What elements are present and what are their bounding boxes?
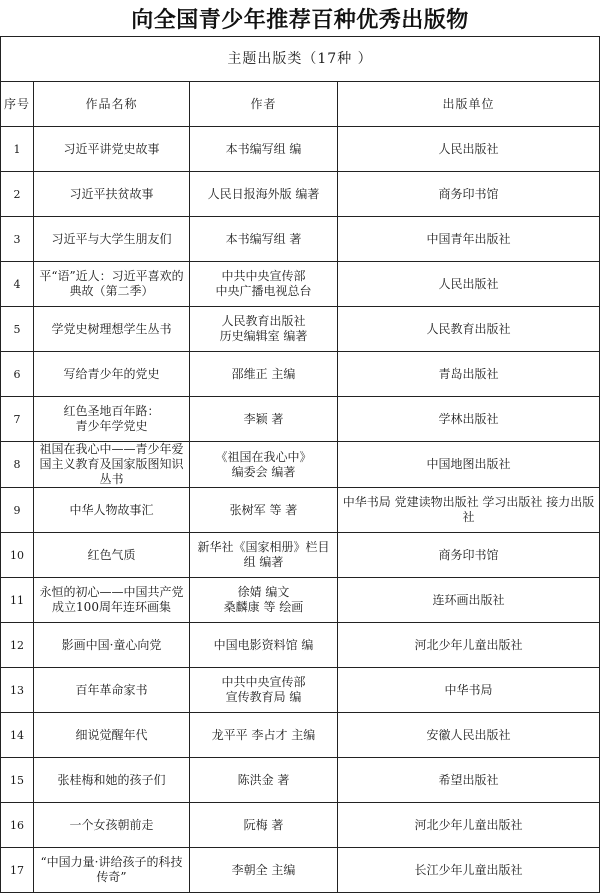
row-author: 中共中央宣传部宣传教育局 编 (190, 668, 338, 713)
row-number: 16 (1, 803, 34, 848)
row-title: 红色气质 (34, 533, 190, 578)
row-publisher: 人民教育出版社 (338, 307, 600, 352)
table-row: 6写给青少年的党史邵维正 主编青岛出版社 (1, 352, 600, 397)
row-publisher: 中华书局 党建读物出版社 学习出版社 接力出版社 (338, 488, 600, 533)
row-publisher: 安徽人民出版社 (338, 713, 600, 758)
row-publisher: 人民出版社 (338, 127, 600, 172)
document-title: 向全国青少年推荐百种优秀出版物 (0, 0, 600, 36)
header-title: 作品名称 (34, 82, 190, 127)
row-publisher: 河北少年儿童出版社 (338, 623, 600, 668)
row-number: 4 (1, 262, 34, 307)
row-publisher: 希望出版社 (338, 758, 600, 803)
row-title: 写给青少年的党史 (34, 352, 190, 397)
table-row: 7红色圣地百年路：青少年学党史李颖 著学林出版社 (1, 397, 600, 442)
row-author: 人民教育出版社历史编辑室 编著 (190, 307, 338, 352)
row-number: 1 (1, 127, 34, 172)
row-author: 李朝全 主编 (190, 848, 338, 893)
row-publisher: 人民出版社 (338, 262, 600, 307)
row-author: 阮梅 著 (190, 803, 338, 848)
row-author: 新华社《国家相册》栏目组 编著 (190, 533, 338, 578)
row-number: 6 (1, 352, 34, 397)
table-row: 11永恒的初心——中国共产党成立100周年连环画集徐婧 编文桑麟康 等 绘画连环… (1, 578, 600, 623)
row-title: 百年革命家书 (34, 668, 190, 713)
row-title: “中国力量·讲给孩子的科技传奇” (34, 848, 190, 893)
row-author: 李颖 著 (190, 397, 338, 442)
row-number: 13 (1, 668, 34, 713)
table-row: 5学党史树理想学生丛书人民教育出版社历史编辑室 编著人民教育出版社 (1, 307, 600, 352)
header-row: 序号 作品名称 作者 出版单位 (1, 82, 600, 127)
row-number: 14 (1, 713, 34, 758)
table-row: 14细说觉醒年代龙平平 李占才 主编安徽人民出版社 (1, 713, 600, 758)
row-publisher: 中国青年出版社 (338, 217, 600, 262)
row-publisher: 学林出版社 (338, 397, 600, 442)
section-label: 主题出版类（17种 ） (1, 37, 600, 82)
row-title: 永恒的初心——中国共产党成立100周年连环画集 (34, 578, 190, 623)
row-number: 8 (1, 442, 34, 488)
row-number: 7 (1, 397, 34, 442)
publications-table: 主题出版类（17种 ） 序号 作品名称 作者 出版单位 1习近平讲党史故事本书编… (0, 36, 600, 893)
table-row: 17“中国力量·讲给孩子的科技传奇”李朝全 主编长江少年儿童出版社 (1, 848, 600, 893)
row-title: 祖国在我心中——青少年爱国主义教育及国家版图知识丛书 (34, 442, 190, 488)
table-row: 4平“语”近人：习近平喜欢的典故（第二季）中共中央宣传部中央广播电视总台人民出版… (1, 262, 600, 307)
table-row: 12影画中国·童心向党中国电影资料馆 编河北少年儿童出版社 (1, 623, 600, 668)
table-row: 9中华人物故事汇张树军 等 著中华书局 党建读物出版社 学习出版社 接力出版社 (1, 488, 600, 533)
row-author: 中共中央宣传部中央广播电视总台 (190, 262, 338, 307)
row-publisher: 中华书局 (338, 668, 600, 713)
row-title: 张桂梅和她的孩子们 (34, 758, 190, 803)
row-author: 邵维正 主编 (190, 352, 338, 397)
row-author: 张树军 等 著 (190, 488, 338, 533)
table-row: 16一个女孩朝前走阮梅 著河北少年儿童出版社 (1, 803, 600, 848)
row-author: 人民日报海外版 编著 (190, 172, 338, 217)
row-author: 本书编写组 编 (190, 127, 338, 172)
table-row: 3习近平与大学生朋友们本书编写组 著中国青年出版社 (1, 217, 600, 262)
row-number: 10 (1, 533, 34, 578)
row-number: 17 (1, 848, 34, 893)
row-number: 3 (1, 217, 34, 262)
table-row: 8祖国在我心中——青少年爱国主义教育及国家版图知识丛书《祖国在我心中》编委会 编… (1, 442, 600, 488)
row-title: 习近平讲党史故事 (34, 127, 190, 172)
row-title: 平“语”近人：习近平喜欢的典故（第二季） (34, 262, 190, 307)
row-number: 15 (1, 758, 34, 803)
row-publisher: 连环画出版社 (338, 578, 600, 623)
row-number: 5 (1, 307, 34, 352)
row-publisher: 长江少年儿童出版社 (338, 848, 600, 893)
row-title: 习近平扶贫故事 (34, 172, 190, 217)
row-title: 学党史树理想学生丛书 (34, 307, 190, 352)
header-publisher: 出版单位 (338, 82, 600, 127)
table-row: 2习近平扶贫故事人民日报海外版 编著商务印书馆 (1, 172, 600, 217)
row-title: 中华人物故事汇 (34, 488, 190, 533)
row-number: 9 (1, 488, 34, 533)
row-title: 习近平与大学生朋友们 (34, 217, 190, 262)
row-title: 细说觉醒年代 (34, 713, 190, 758)
table-row: 15张桂梅和她的孩子们陈洪金 著希望出版社 (1, 758, 600, 803)
row-author: 中国电影资料馆 编 (190, 623, 338, 668)
row-author: 本书编写组 著 (190, 217, 338, 262)
row-title: 影画中国·童心向党 (34, 623, 190, 668)
row-publisher: 中国地图出版社 (338, 442, 600, 488)
row-author: 《祖国在我心中》编委会 编著 (190, 442, 338, 488)
row-number: 12 (1, 623, 34, 668)
row-publisher: 青岛出版社 (338, 352, 600, 397)
header-author: 作者 (190, 82, 338, 127)
row-author: 陈洪金 著 (190, 758, 338, 803)
row-number: 11 (1, 578, 34, 623)
row-author: 徐婧 编文桑麟康 等 绘画 (190, 578, 338, 623)
row-publisher: 河北少年儿童出版社 (338, 803, 600, 848)
row-publisher: 商务印书馆 (338, 533, 600, 578)
header-number: 序号 (1, 82, 34, 127)
row-title: 一个女孩朝前走 (34, 803, 190, 848)
table-row: 13百年革命家书中共中央宣传部宣传教育局 编中华书局 (1, 668, 600, 713)
row-number: 2 (1, 172, 34, 217)
row-title: 红色圣地百年路：青少年学党史 (34, 397, 190, 442)
row-publisher: 商务印书馆 (338, 172, 600, 217)
table-row: 10红色气质新华社《国家相册》栏目组 编著商务印书馆 (1, 533, 600, 578)
section-row: 主题出版类（17种 ） (1, 37, 600, 82)
row-author: 龙平平 李占才 主编 (190, 713, 338, 758)
table-row: 1习近平讲党史故事本书编写组 编人民出版社 (1, 127, 600, 172)
